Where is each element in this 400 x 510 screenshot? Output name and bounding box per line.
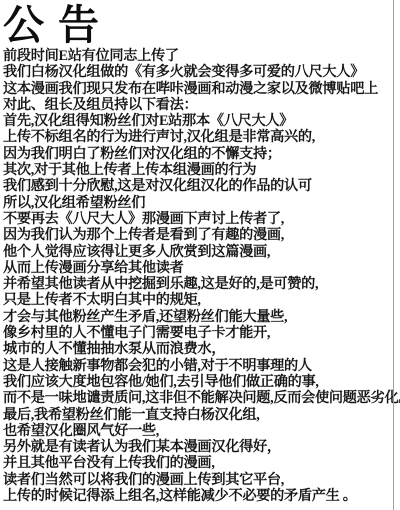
announcement-line: 对此、组长及组员持以下看法： bbox=[3, 97, 390, 113]
announcement-line: 首先,汉化组得知粉丝们对E站那本《八尺大人》 bbox=[3, 113, 390, 129]
announcement-line: 前段时间E站有位同志上传了 bbox=[3, 48, 390, 64]
announcement-line: 上传不标组名的行为进行声讨,汉化组是非常高兴的, bbox=[3, 129, 390, 145]
announcement-line: 读者们当然可以将我们的漫画上传到其它平台, bbox=[3, 472, 390, 488]
announcement-line: 他个人觉得应该得让更多人欣赏到这篇漫画, bbox=[3, 244, 390, 260]
announcement-line: 最后,我希望粉丝们能一直支持白杨汉化组, bbox=[3, 407, 390, 423]
announcement-line: 城市的人不懂抽抽水泵从而浪费水， bbox=[3, 341, 390, 357]
announcement-line: 我们应该大度地包容他/她们,去引导他们做正确的事, bbox=[3, 374, 390, 390]
announcement-line: 只是上传者不太明白其中的规矩, bbox=[3, 292, 390, 308]
announcement-line: 我们感到十分欣慰,这是对汉化组汉化的作品的认可 bbox=[3, 178, 390, 194]
announcement-line: 因为我们明白了粉丝们对汉化组的不懈支持； bbox=[3, 146, 390, 162]
announcement-line: 这是人接触新事物都会犯的小错,对于不明事理的人 bbox=[3, 358, 390, 374]
announcement-line: 并且其他平台没有上传我们的漫画, bbox=[3, 455, 390, 471]
announcement-line: 上传的时候记得添上组名,这样能减少不必要的矛盾产生 。 bbox=[3, 488, 390, 504]
announcement-line: 才会与其他粉丝产生矛盾,还望粉丝们能大量些, bbox=[3, 309, 390, 325]
announcement-line: 另外就是有读者认为我们某本漫画汉化得好， bbox=[3, 439, 390, 455]
announcement-line: 并希望其他读者从中挖掘到乐趣,这是好的,是可赞的, bbox=[3, 276, 390, 292]
announcement-line: 不要再去《八尺大人》那漫画下声讨上传者了, bbox=[3, 211, 390, 227]
announcement-line: 所以,汉化组希望粉丝们 bbox=[3, 195, 390, 211]
announcement-page: 公告 前段时间E站有位同志上传了 我们白杨汉化组做的《有多火就会变得多可爱的八尺… bbox=[0, 0, 400, 510]
announcement-line: 这本漫画我们现只发布在哔咔漫画和动漫之家以及微博贴吧上 bbox=[3, 81, 390, 97]
announcement-content: 公告 前段时间E站有位同志上传了 我们白杨汉化组做的《有多火就会变得多可爱的八尺… bbox=[3, 0, 390, 504]
announcement-line: 也希望汉化圈风气好一些, bbox=[3, 423, 390, 439]
announcement-line: 我们白杨汉化组做的《有多火就会变得多可爱的八尺大人》 bbox=[3, 64, 390, 80]
announcement-line: 因为我们认为那个上传者是看到了有趣的漫画, bbox=[3, 227, 390, 243]
announcement-line: 像乡村里的人不懂电子门需要电子卡才能开, bbox=[3, 325, 390, 341]
announcement-line: 其次,对于其他上传者上传本组漫画的行为 bbox=[3, 162, 390, 178]
right-border-divider bbox=[393, 0, 394, 510]
page-title: 公告 bbox=[3, 2, 390, 48]
announcement-line: 而不是一味地谴责质问,这非但不能解决问题,反而会使问题恶劣化。 bbox=[3, 390, 390, 406]
announcement-line: 从而上传漫画分享给其他读者 bbox=[3, 260, 390, 276]
